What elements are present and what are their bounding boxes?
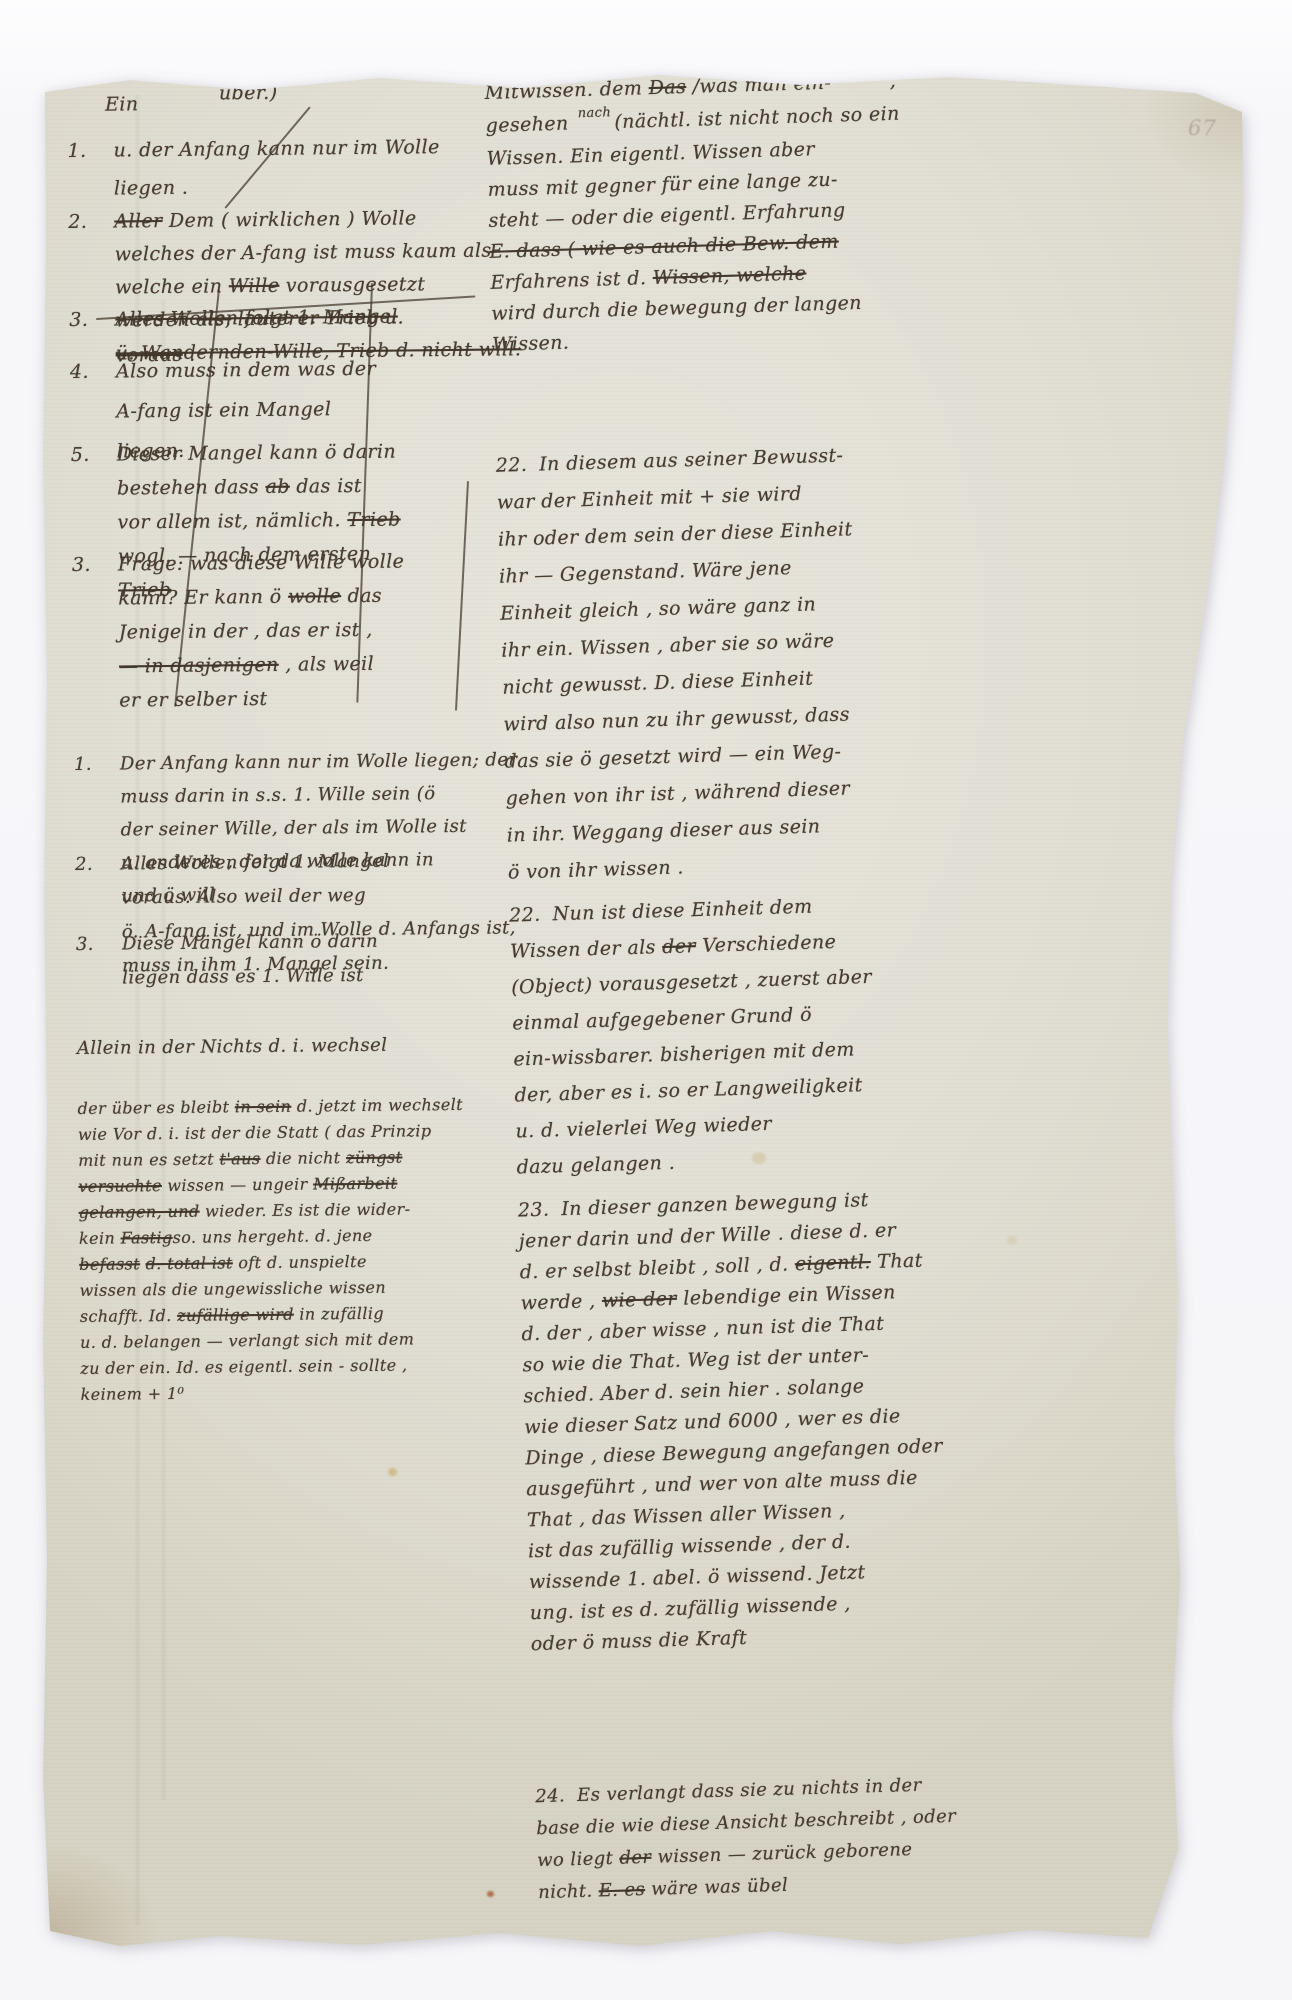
handwriting-text: Erfahrens ist d. [490, 267, 653, 294]
page-number: 67 [1188, 116, 1217, 140]
handwriting-text: das ist [290, 475, 362, 498]
handwriting-text: Nun ist diese Einheit dem [552, 896, 813, 926]
handwriting-text: ung. ist es d. zufällig wissende , [530, 1593, 851, 1625]
handwriting-text: Wissen der als [510, 936, 663, 963]
handwriting-text: , [889, 70, 896, 92]
handwriting-line: er er selber ist [119, 679, 543, 717]
handwriting-text: In diesem aus seiner Bewusst- [539, 444, 844, 475]
handwriting-text: Diese Mängel kann ö darin [122, 931, 378, 955]
handwriting-text: wie Vor d. i. ist der die Statt ( das Pr… [78, 1121, 432, 1144]
handwriting-text: Der Anfang kann nur im Wolle liegen; der [120, 749, 518, 774]
item-number: 3. [72, 548, 91, 582]
struck-text: d. total ist [145, 1253, 232, 1273]
handwriting-line: 3.Diese Mängel kann ö darin [122, 923, 546, 961]
handwriting-text: muss mit gegner für eine lange zu- [487, 169, 838, 201]
handwriting-line: 4.Also muss in dem was der [116, 347, 540, 391]
struck-text: der [662, 935, 696, 958]
handwriting-text: ist das zufällig wissende , der d. [528, 1531, 852, 1563]
struck-text: der [619, 1847, 652, 1869]
handwriting-line: liegen dass es 1. Wille ist [122, 957, 546, 995]
handwriting-text: (Object) vorausgesetzt , zuerst aber [511, 966, 872, 999]
manuscript-paper: Einüber.)1.u. der Anfang kann nur im Wol… [0, 0, 1292, 2000]
handwriting-text: dazu gelangen . [516, 1152, 675, 1179]
handwriting-text: /was man ein- [686, 71, 838, 97]
struck-text: gelangen, und [79, 1202, 200, 1222]
handwriting-text: kein [79, 1228, 121, 1247]
handwriting-line: welches der A-fang ist muss kaum als [115, 234, 539, 271]
paper-shadow: Einüber.)1.u. der Anfang kann nur im Wol… [0, 0, 1292, 2000]
handwriting-text: wäre was übel [645, 1875, 789, 1900]
handwriting-text: Einheit gleich , so wäre ganz in [500, 593, 817, 624]
handwriting-line: voraus. Also weil der weg [121, 877, 545, 915]
handwriting-line: 5.Dieser Mangel kann ö darin [117, 433, 541, 471]
handwriting-text: d. jetzt im wechselt [291, 1095, 463, 1116]
struck-text: Trieb [347, 509, 400, 532]
handwriting-text: wissen — zurück geborene [651, 1839, 913, 1868]
handwriting-text: u. der Anfang kann nur im Wolle [113, 136, 439, 161]
struck-text: Wille [229, 275, 280, 298]
handwriting-text: liegen . [114, 177, 189, 200]
item-number: 2. [75, 848, 93, 882]
struck-text: eigentl. [795, 1251, 872, 1275]
handwriting-line: — in dasjenigen , als weil [119, 645, 543, 683]
struck-text: E. dass ( wie es auch die Bew. dem [489, 231, 839, 263]
handwriting-text: Es verlangt dass sie zu nichts in der [577, 1775, 922, 1806]
item-number: 22. [495, 454, 527, 477]
item-number: 3. [69, 302, 88, 338]
handwriting-text: wissende 1. abel. ö wissend. Jetzt [529, 1561, 866, 1593]
right-column: Mitwissen. dem Das /was man ein- nächst,… [482, 0, 1019, 1999]
handwriting-text: über.) [219, 82, 278, 105]
handwriting-text: ö von ihr wissen . [508, 856, 685, 883]
item-number: 2. [68, 206, 87, 239]
handwriting-text: so. uns hergeht. d. jene [173, 1226, 373, 1247]
handwriting-text: Wissen. Ein eigentl. Wissen aber [486, 138, 815, 170]
handwriting-line: 2.Aller Dem ( wirklichen ) Wolle [114, 201, 538, 238]
handwriting-text: in zufällig [294, 1304, 384, 1324]
handwriting-line: 1.u. der Anfang kann nur im Wolle [113, 127, 537, 169]
handwriting-text: bestehen dass [117, 476, 266, 500]
ink-stain [1007, 1236, 1017, 1245]
struck-text: Mißarbeit [313, 1174, 397, 1194]
handwriting-text: muss darin in s.s. 1. Wille sein (ö [120, 783, 435, 807]
item-number: 4. [70, 352, 89, 392]
handwriting-text: gesehen [485, 112, 575, 137]
handwriting-text: der, aber es i. so er Langweiligkeit [514, 1074, 863, 1106]
handwriting-line: 1.Der Anfang kann nur im Wolle liegen; d… [120, 743, 544, 780]
paragraph-block: 3.Frage: was diese Wille wollekann? Er k… [72, 543, 544, 718]
handwriting-text: schied. Aber d. sein hier . solange [523, 1375, 865, 1407]
handwriting-text: der über es bleibt [78, 1097, 235, 1118]
handwriting-text: nicht. [538, 1880, 599, 1903]
item-number: 5. [71, 438, 90, 472]
handwriting-text: welche ein [115, 275, 229, 298]
handwriting-text: wo liegt [537, 1848, 620, 1871]
handwriting-text: vor allem ist, nämlich. [117, 509, 347, 533]
handwriting-line: muss darin in s.s. 1. Wille sein (ö [120, 776, 544, 813]
handwriting-text: gehen von ihr ist , während dieser [505, 777, 850, 809]
handwriting-text: That , das Wissen aller Wissen , [527, 1500, 846, 1531]
handwriting-text: Verschiedene [696, 931, 837, 957]
handwriting-text: Dem ( wirklichen ) Wolle [162, 207, 416, 232]
paragraph-block: der über es bleibt in sein d. jetzt im w… [77, 1091, 504, 1407]
paragraph-block: 3.Diese Mängel kann ö darinliegen dass e… [76, 923, 547, 996]
struck-text: wolle [288, 585, 341, 608]
handwriting-text: werde , [520, 1290, 602, 1314]
struck-text: versuchte [78, 1176, 162, 1196]
inserted-word: nach [578, 105, 612, 121]
handwriting-text: vorausgesetzt [279, 273, 425, 297]
paragraph-block: Mitwissen. dem Das /was man ein- nächst,… [484, 64, 970, 361]
item-number: 24. [535, 1785, 565, 1807]
handwriting-text: die nicht [260, 1148, 346, 1168]
handwriting-text: lebendige ein Wissen [677, 1281, 897, 1309]
handwriting-line: keinem + 1⁰ [80, 1377, 504, 1407]
handwriting-text: Jenige in der , das er ist , [119, 619, 373, 644]
handwriting-text: einmal aufgegebener Grund ö [512, 1004, 812, 1035]
left-column: Einüber.)1.u. der Anfang kann nur im Wol… [66, 0, 511, 2000]
item-number: 23. [518, 1199, 550, 1222]
handwriting-text: That [870, 1249, 923, 1273]
handwriting-line: 2.Alles Wollen folgt 1. Mangel [121, 843, 545, 881]
handwriting-text: welches der A-fang ist muss kaum als [115, 240, 492, 266]
handwriting-text: er er selber ist [119, 688, 267, 712]
handwriting-text: schafft. Id. [80, 1306, 178, 1326]
handwriting-line: vor allem ist, nämlich. Trieb [117, 501, 541, 539]
struck-text: in sein [235, 1097, 292, 1117]
handwriting-text: In dieser ganzen bewegung ist [561, 1189, 869, 1220]
paragraph-block: 23.In dieser ganzen bewegung istjener da… [517, 1181, 1009, 1660]
item-number: 1. [67, 132, 86, 170]
handwriting-text: keinem + 1⁰ [81, 1384, 185, 1404]
handwriting-line: 3.Frage: was diese Wille wolle [118, 543, 542, 581]
struck-text: Wissen, welche [652, 263, 806, 290]
handwriting-text: oft d. unspielte [233, 1252, 367, 1272]
struck-text: wie der [602, 1288, 678, 1312]
item-number: 3. [76, 928, 94, 962]
struck-text: Fastig [121, 1228, 173, 1248]
handwriting-text: so wie die That. Weg ist der unter- [522, 1344, 869, 1376]
handwriting-text: der seiner Wille, der als im Wolle ist [121, 816, 467, 841]
handwriting-text: wird also nun zu ihr gewusst, dass [503, 703, 850, 735]
handwriting-text: Also muss in dem was der [116, 358, 376, 383]
paragraph-block: 22.In diesem aus seiner Bewusst-war der … [495, 434, 986, 892]
handwriting-text: A-fang ist ein Mangel [116, 398, 331, 422]
handwriting-line: der seiner Wille, der als im Wolle ist [121, 809, 545, 846]
handwriting-text: in ihr. Weggang dieser aus sein [506, 815, 820, 846]
handwriting-text: u. d. vielerlei Weg wieder [515, 1113, 772, 1143]
struck-text: züngst [346, 1148, 403, 1168]
handwriting-text: ein-wissbarer. bisherigen mit dem [513, 1038, 855, 1070]
handwriting-text: voraus. Also weil der weg [121, 885, 366, 909]
handwriting-text: war der Einheit mit + sie wird [497, 483, 803, 514]
struck-text: — in dasjenigen [119, 654, 279, 678]
struck-text: zufällige wird [177, 1305, 294, 1325]
handwriting-text: mit nun es setzt [78, 1149, 220, 1169]
handwriting-text: Mitwissen. dem [484, 77, 649, 104]
handwriting-text: (nächtl. ist nicht noch so ein [614, 103, 900, 133]
paragraph-block: 22.Nun ist diese Einheit demWissen der a… [509, 883, 995, 1185]
paragraph-block: 1.u. der Anfang kann nur im Wolleliegen … [67, 127, 538, 208]
handwriting-text: ihr oder dem sein der diese Einheit [498, 518, 853, 551]
handwriting-text: das sie ö gesetzt wird — ein Weg- [504, 741, 841, 773]
paragraph-block: 24.Es verlangt dass sie zu nichts in der… [535, 1767, 1017, 1909]
handwriting-line: bestehen dass ab das ist [117, 467, 541, 505]
paragraph-block: Allein in der Nichts d. i. wechsel [77, 1034, 501, 1059]
handwriting-line: 3.Alles Wollen folgt 1. Mangel [115, 297, 539, 337]
inserted-word: nächst [840, 64, 887, 80]
handwriting-text: Dieser Mangel kann ö darin [117, 441, 397, 466]
handwriting-line: Allein in der Nichts d. i. wechsel [77, 1034, 501, 1059]
handwriting-text: liegen dass es 1. Wille ist [122, 965, 364, 989]
handwriting-line: kann? Er kann ö wolle das [118, 577, 542, 615]
struck-text: t'aus [219, 1149, 260, 1168]
handwriting-text: Allein in der Nichts d. i. wechsel [77, 1035, 388, 1059]
handwriting-text: u. d. belangen — verlangt sich mit dem [80, 1329, 414, 1351]
struck-text: ab [265, 476, 290, 498]
handwriting-text: zu der ein. Id. es eigentl. sein - sollt… [80, 1355, 407, 1377]
handwriting-text: Ein [105, 93, 139, 115]
struck-text: E. es [598, 1879, 645, 1901]
handwriting-text: d. er selbst bleibt , soll , d. [519, 1253, 795, 1283]
handwriting-text: wieder. Es ist die wider- [200, 1199, 411, 1220]
handwriting-text: wissen — ungeir [162, 1174, 313, 1195]
handwriting-text: kann? Er kann ö [118, 586, 288, 610]
struck-text: Das [648, 76, 686, 99]
handwriting-text: nicht gewusst. D. diese Einheit [502, 667, 813, 698]
handwriting-text: wissen als die ungewissliche wissen [79, 1278, 386, 1300]
handwriting-line: A-fang ist ein Mangel [116, 387, 540, 431]
handwriting-text: oder ö muss die Kraft [530, 1627, 747, 1655]
item-number: 22. [509, 904, 541, 927]
item-number: 1. [74, 748, 92, 781]
struck-text: Aller [114, 210, 162, 233]
handwriting-text: ihr — Gegenstand. Wäre jene [499, 557, 792, 588]
scan-background: Einüber.)1.u. der Anfang kann nur im Wol… [0, 0, 1292, 2000]
handwriting-text: Alles Wollen folgt 1. Mangel [121, 851, 389, 875]
handwriting-text: ihr ein. Wissen , aber sie so wäre [501, 630, 835, 662]
handwriting-text: Wissen. [492, 332, 570, 356]
struck-text: befasst [79, 1254, 140, 1274]
